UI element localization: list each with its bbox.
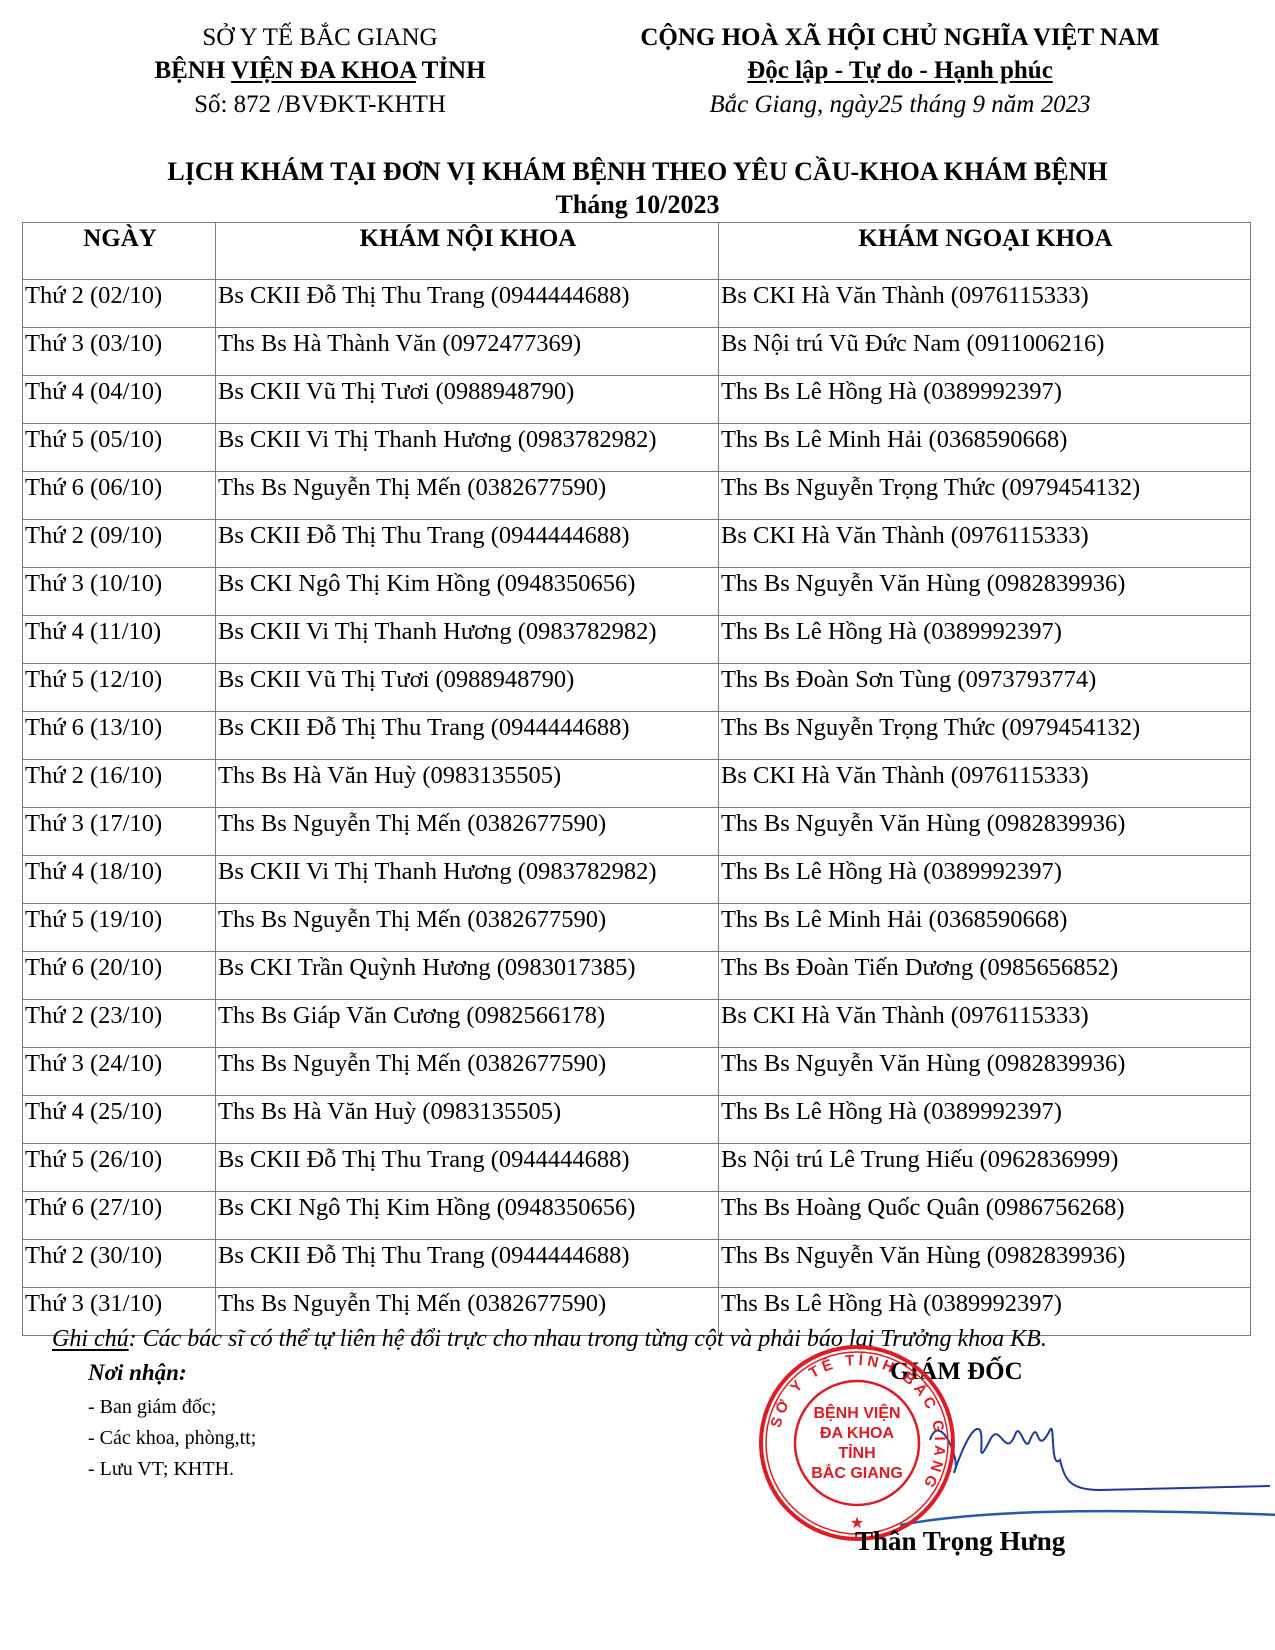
cell-internal-doctor: Ths Bs Giáp Văn Cương (0982566178) [216, 1000, 719, 1048]
table-row: Thứ 6 (13/10)Bs CKII Đỗ Thị Thu Trang (0… [23, 712, 1251, 760]
cell-surgical-doctor: Bs CKI Hà Văn Thành (0976115333) [719, 280, 1251, 328]
recipient-item: - Ban giám đốc; [88, 1396, 216, 1419]
official-stamp: SỞ Y TẾ TỈNH BẮC GIANG BỆNH VIỆN ĐA KHOA… [757, 1343, 957, 1543]
cell-internal-doctor: Bs CKII Vi Thị Thanh Hương (0983782982) [216, 856, 719, 904]
column-header-day: NGÀY [23, 223, 216, 280]
cell-surgical-doctor: Ths Bs Nguyễn Văn Hùng (0982839936) [719, 808, 1251, 856]
cell-surgical-doctor: Ths Bs Lê Minh Hải (0368590668) [719, 904, 1251, 952]
table-row: Thứ 5 (12/10)Bs CKII Vũ Thị Tươi (098894… [23, 664, 1251, 712]
cell-internal-doctor: Bs CKII Đỗ Thị Thu Trang (0944444688) [216, 280, 719, 328]
cell-day: Thứ 2 (02/10) [23, 280, 216, 328]
document-title: LỊCH KHÁM TẠI ĐƠN VỊ KHÁM BỆNH THEO YÊU … [0, 157, 1275, 187]
cell-internal-doctor: Bs CKII Đỗ Thị Thu Trang (0944444688) [216, 1240, 719, 1288]
cell-surgical-doctor: Ths Bs Nguyễn Trọng Thức (0979454132) [719, 712, 1251, 760]
cell-surgical-doctor: Ths Bs Lê Hồng Hà (0389992397) [719, 1096, 1251, 1144]
national-title: CỘNG HOÀ XÃ HỘI CHỦ NGHĨA VIỆT NAM [590, 24, 1210, 52]
stamp-line: BỆNH VIỆN [813, 1403, 900, 1422]
table-row: Thứ 4 (25/10)Ths Bs Hà Văn Huỳ (09831355… [23, 1096, 1251, 1144]
cell-day: Thứ 5 (26/10) [23, 1144, 216, 1192]
cell-internal-doctor: Bs CKII Đỗ Thị Thu Trang (0944444688) [216, 712, 719, 760]
cell-surgical-doctor: Bs CKI Hà Văn Thành (0976115333) [719, 1000, 1251, 1048]
cell-internal-doctor: Bs CKII Vi Thị Thanh Hương (0983782982) [216, 616, 719, 664]
cell-internal-doctor: Ths Bs Nguyễn Thị Mến (0382677590) [216, 472, 719, 520]
table-row: Thứ 5 (26/10)Bs CKII Đỗ Thị Thu Trang (0… [23, 1144, 1251, 1192]
cell-day: Thứ 5 (05/10) [23, 424, 216, 472]
cell-surgical-doctor: Ths Bs Lê Minh Hải (0368590668) [719, 424, 1251, 472]
signer-name: Thân Trọng Hưng [855, 1526, 1065, 1557]
schedule-table: NGÀY KHÁM NỘI KHOA KHÁM NGOẠI KHOA Thứ 2… [22, 222, 1251, 1336]
cell-day: Thứ 4 (18/10) [23, 856, 216, 904]
table-row: Thứ 6 (06/10)Ths Bs Nguyễn Thị Mến (0382… [23, 472, 1251, 520]
cell-surgical-doctor: Ths Bs Nguyễn Văn Hùng (0982839936) [719, 1048, 1251, 1096]
cell-surgical-doctor: Ths Bs Lê Hồng Hà (0389992397) [719, 856, 1251, 904]
cell-day: Thứ 4 (11/10) [23, 616, 216, 664]
hospital-name-prefix: BỆNH [154, 57, 231, 84]
cell-day: Thứ 2 (09/10) [23, 520, 216, 568]
recipients-title: Nơi nhận: [88, 1360, 187, 1386]
hospital-name: BỆNH VIỆN ĐA KHOA TỈNH [100, 57, 540, 85]
table-row: Thứ 4 (18/10)Bs CKII Vi Thị Thanh Hương … [23, 856, 1251, 904]
cell-day: Thứ 2 (23/10) [23, 1000, 216, 1048]
cell-surgical-doctor: Bs Nội trú Lê Trung Hiếu (0962836999) [719, 1144, 1251, 1192]
cell-day: Thứ 6 (20/10) [23, 952, 216, 1000]
cell-day: Thứ 5 (19/10) [23, 904, 216, 952]
stamp-line: BẮC GIANG [811, 1463, 903, 1482]
cell-internal-doctor: Bs CKII Vi Thị Thanh Hương (0983782982) [216, 424, 719, 472]
cell-internal-doctor: Ths Bs Nguyễn Thị Mến (0382677590) [216, 808, 719, 856]
cell-day: Thứ 2 (30/10) [23, 1240, 216, 1288]
recipient-item: - Các khoa, phòng,tt; [88, 1427, 256, 1450]
table-row: Thứ 5 (19/10)Ths Bs Nguyễn Thị Mến (0382… [23, 904, 1251, 952]
cell-surgical-doctor: Ths Bs Đoàn Sơn Tùng (0973793774) [719, 664, 1251, 712]
cell-day: Thứ 3 (24/10) [23, 1048, 216, 1096]
cell-day: Thứ 2 (16/10) [23, 760, 216, 808]
table-row: Thứ 2 (02/10)Bs CKII Đỗ Thị Thu Trang (0… [23, 280, 1251, 328]
note-label: Ghi chú [52, 1326, 129, 1352]
cell-surgical-doctor: Ths Bs Lê Hồng Hà (0389992397) [719, 376, 1251, 424]
cell-day: Thứ 3 (17/10) [23, 808, 216, 856]
cell-surgical-doctor: Bs Nội trú Vũ Đức Nam (0911006216) [719, 328, 1251, 376]
stamp-line: TỈNH [838, 1443, 875, 1462]
cell-internal-doctor: Bs CKI Ngô Thị Kim Hồng (0948350656) [216, 1192, 719, 1240]
cell-day: Thứ 3 (10/10) [23, 568, 216, 616]
table-row: Thứ 4 (04/10)Bs CKII Vũ Thị Tươi (098894… [23, 376, 1251, 424]
document-subtitle: Tháng 10/2023 [0, 190, 1275, 220]
cell-internal-doctor: Ths Bs Nguyễn Thị Mến (0382677590) [216, 904, 719, 952]
cell-surgical-doctor: Bs CKI Hà Văn Thành (0976115333) [719, 760, 1251, 808]
department-name: SỞ Y TẾ BẮC GIANG [100, 24, 540, 52]
cell-internal-doctor: Bs CKII Đỗ Thị Thu Trang (0944444688) [216, 1144, 719, 1192]
cell-internal-doctor: Bs CKII Vũ Thị Tươi (0988948790) [216, 376, 719, 424]
schedule-table-body: Thứ 2 (02/10)Bs CKII Đỗ Thị Thu Trang (0… [23, 280, 1251, 1336]
table-row: Thứ 6 (27/10)Bs CKI Ngô Thị Kim Hồng (09… [23, 1192, 1251, 1240]
table-row: Thứ 3 (17/10)Ths Bs Nguyễn Thị Mến (0382… [23, 808, 1251, 856]
table-row: Thứ 2 (09/10)Bs CKII Đỗ Thị Thu Trang (0… [23, 520, 1251, 568]
table-row: Thứ 5 (05/10)Bs CKII Vi Thị Thanh Hương … [23, 424, 1251, 472]
cell-internal-doctor: Ths Bs Nguyễn Thị Mến (0382677590) [216, 1048, 719, 1096]
cell-day: Thứ 3 (03/10) [23, 328, 216, 376]
stamp-line: ĐA KHOA [820, 1425, 895, 1442]
cell-day: Thứ 4 (04/10) [23, 376, 216, 424]
cell-day: Thứ 6 (06/10) [23, 472, 216, 520]
cell-day: Thứ 6 (13/10) [23, 712, 216, 760]
cell-day: Thứ 6 (27/10) [23, 1192, 216, 1240]
table-row: Thứ 3 (24/10)Ths Bs Nguyễn Thị Mến (0382… [23, 1048, 1251, 1096]
hospital-name-suffix: TỈNH [416, 57, 486, 84]
cell-surgical-doctor: Ths Bs Lê Hồng Hà (0389992397) [719, 616, 1251, 664]
column-header-surgical: KHÁM NGOẠI KHOA [719, 223, 1251, 280]
cell-surgical-doctor: Ths Bs Nguyễn Trọng Thức (0979454132) [719, 472, 1251, 520]
cell-surgical-doctor: Ths Bs Hoàng Quốc Quân (0986756268) [719, 1192, 1251, 1240]
cell-day: Thứ 4 (25/10) [23, 1096, 216, 1144]
cell-internal-doctor: Bs CKII Vũ Thị Tươi (0988948790) [216, 664, 719, 712]
national-motto: Độc lập - Tự do - Hạnh phúc [590, 57, 1210, 85]
cell-internal-doctor: Bs CKI Trần Quỳnh Hương (0983017385) [216, 952, 719, 1000]
national-motto-text: Độc lập - Tự do - Hạnh phúc [747, 57, 1053, 84]
place-date: Bắc Giang, ngày25 tháng 9 năm 2023 [590, 91, 1210, 119]
cell-internal-doctor: Bs CKII Đỗ Thị Thu Trang (0944444688) [216, 520, 719, 568]
table-header-row: NGÀY KHÁM NỘI KHOA KHÁM NGOẠI KHOA [23, 223, 1251, 280]
table-row: Thứ 3 (03/10)Ths Bs Hà Thành Văn (097247… [23, 328, 1251, 376]
table-row: Thứ 4 (11/10)Bs CKII Vi Thị Thanh Hương … [23, 616, 1251, 664]
document-number: Số: 872 /BVĐKT-KHTH [100, 91, 540, 119]
cell-internal-doctor: Ths Bs Hà Văn Huỳ (0983135505) [216, 760, 719, 808]
table-row: Thứ 2 (16/10)Ths Bs Hà Văn Huỳ (09831355… [23, 760, 1251, 808]
cell-surgical-doctor: Ths Bs Nguyễn Văn Hùng (0982839936) [719, 568, 1251, 616]
cell-surgical-doctor: Bs CKI Hà Văn Thành (0976115333) [719, 520, 1251, 568]
cell-surgical-doctor: Ths Bs Nguyễn Văn Hùng (0982839936) [719, 1240, 1251, 1288]
cell-surgical-doctor: Ths Bs Đoàn Tiến Dương (0985656852) [719, 952, 1251, 1000]
recipient-item: - Lưu VT; KHTH. [88, 1458, 234, 1481]
hospital-name-underlined: VIỆN ĐA KHOA [231, 57, 416, 84]
cell-day: Thứ 5 (12/10) [23, 664, 216, 712]
cell-internal-doctor: Ths Bs Hà Văn Huỳ (0983135505) [216, 1096, 719, 1144]
column-header-internal: KHÁM NỘI KHOA [216, 223, 719, 280]
table-row: Thứ 6 (20/10)Bs CKI Trần Quỳnh Hương (09… [23, 952, 1251, 1000]
cell-internal-doctor: Ths Bs Hà Thành Văn (0972477369) [216, 328, 719, 376]
table-row: Thứ 2 (23/10)Ths Bs Giáp Văn Cương (0982… [23, 1000, 1251, 1048]
table-row: Thứ 2 (30/10)Bs CKII Đỗ Thị Thu Trang (0… [23, 1240, 1251, 1288]
cell-internal-doctor: Bs CKI Ngô Thị Kim Hồng (0948350656) [216, 568, 719, 616]
table-row: Thứ 3 (10/10)Bs CKI Ngô Thị Kim Hồng (09… [23, 568, 1251, 616]
